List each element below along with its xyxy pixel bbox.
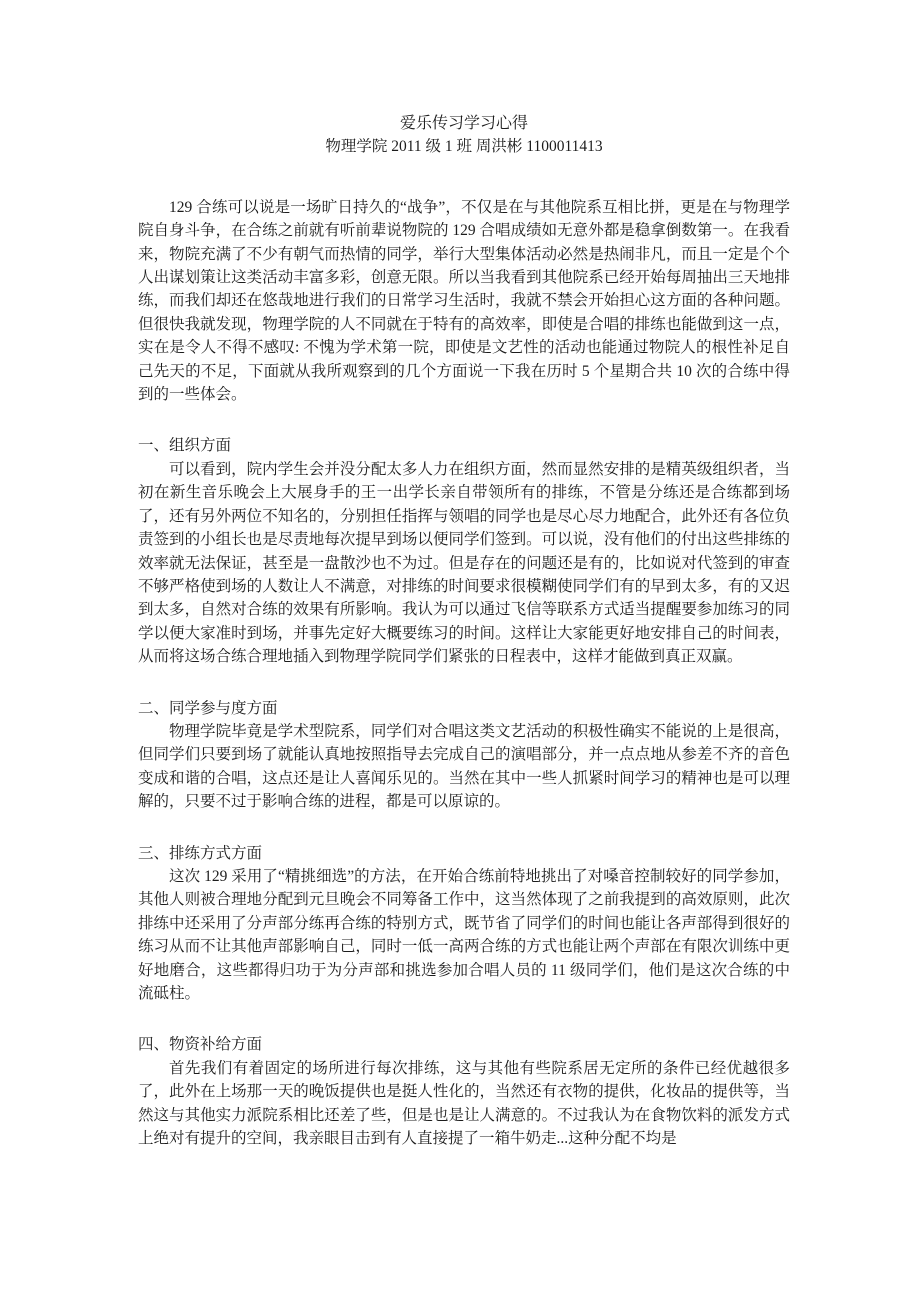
section-heading-4: 四、物资补给方面 [138, 1033, 790, 1056]
document-page: 爱乐传习学习心得 物理学院 2011 级 1 班 周洪彬 1100011413 … [0, 0, 920, 1302]
section-heading-2: 二、同学参与度方面 [138, 697, 790, 720]
section-rehearsal-method: 三、排练方式方面 这次 129 采用了“精挑细选”的方法，在开始合练前特地挑出了… [138, 842, 790, 1006]
section-body-1: 可以看到，院内学生会并没分配太多人力在组织方面，然而显然安排的是精英级组织者，当… [138, 458, 790, 669]
section-supplies: 四、物资补给方面 首先我们有着固定的场所进行每次排练，这与其他有些院系居无定所的… [138, 1033, 790, 1150]
section-participation: 二、同学参与度方面 物理学院毕竟是学术型院系，同学们对合唱这类文艺活动的积极性确… [138, 697, 790, 814]
section-body-4: 首先我们有着固定的场所进行每次排练，这与其他有些院系居无定所的条件已经优越很多了… [138, 1057, 790, 1151]
section-heading-3: 三、排练方式方面 [138, 842, 790, 865]
section-heading-1: 一、组织方面 [138, 434, 790, 457]
intro-paragraph: 129 合练可以说是一场旷日持久的“战争”，不仅是在与其他院系互相比拼，更是在与… [138, 196, 790, 407]
section-body-3: 这次 129 采用了“精挑细选”的方法，在开始合练前特地挑出了对嗓音控制较好的同… [138, 865, 790, 1005]
section-organization: 一、组织方面 可以看到，院内学生会并没分配太多人力在组织方面，然而显然安排的是精… [138, 434, 790, 668]
section-body-2: 物理学院毕竟是学术型院系，同学们对合唱这类文艺活动的积极性确实不能说的上是很高，… [138, 720, 790, 814]
document-byline: 物理学院 2011 级 1 班 周洪彬 1100011413 [138, 135, 790, 158]
document-title: 爱乐传习学习心得 [138, 112, 790, 135]
